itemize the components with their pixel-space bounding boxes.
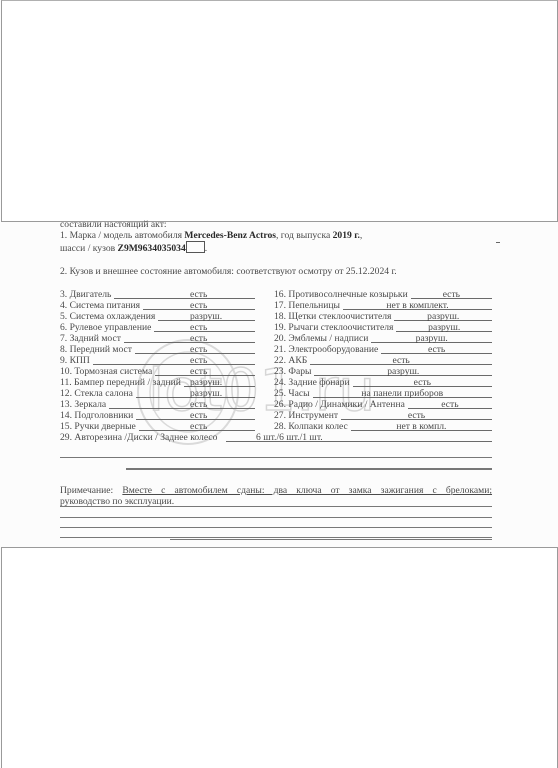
item-label: 19. Рычаги стеклоочистителя — [274, 322, 393, 334]
checklist-item: 21. Электрооборудованиеесть — [274, 344, 492, 355]
item-label: 27. Инструмент — [274, 410, 338, 422]
item-label: 10. Тормозная система — [60, 366, 152, 378]
item-value: нет в компл. — [396, 421, 446, 433]
checklist-item: 9. КППесть — [60, 355, 255, 366]
item-29-tires: 29. Авторезина /Диски / Заднее колесо 6 … — [60, 432, 492, 443]
checklist-item: 10. Тормозная системаесть — [60, 366, 255, 377]
item-value: есть — [441, 399, 458, 411]
item-label: 25. Часы — [274, 388, 310, 400]
item-value: есть — [414, 377, 431, 389]
item-value: есть — [190, 322, 207, 334]
item-value: есть — [408, 410, 425, 422]
vehicle-year: 2019 г. — [333, 230, 360, 241]
item-label: 11. Бампер передний / задний — [60, 377, 181, 389]
blank-line — [170, 539, 492, 540]
item-label: 20. Эмблемы / надписи — [274, 333, 368, 345]
vehicle-model: Mercedes-Benz Actros — [184, 230, 276, 241]
checklist-item: 18. Щетки стеклоочистителяразруш. — [274, 311, 492, 322]
checklist-item: 5. Система охлажденияразруш. — [60, 311, 255, 322]
checklist-item: 7. Задний мостесть — [60, 333, 255, 344]
checklist-item: 16. Противосолнечные козырькиесть — [274, 289, 492, 300]
checklist-item: 12. Стекла салонаразруш. — [60, 388, 255, 399]
item-value: есть — [190, 399, 207, 411]
item-value: есть — [190, 355, 207, 367]
item-label: 26. Радио / Динамики / Антенна — [274, 399, 405, 411]
item-value: есть — [190, 366, 207, 378]
item-value: разруш. — [427, 311, 459, 323]
checklist-item: 20. Эмблемы / надписиразруш. — [274, 333, 492, 344]
checklist-item: 13. Зеркалаесть — [60, 399, 255, 410]
checklist-item: 19. Рычаги стеклоочистителяразруш. — [274, 322, 492, 333]
item-label: 23. Фары — [274, 366, 311, 378]
checklist-item: 15. Ручки дверныеесть — [60, 421, 255, 432]
redacted-bottom-area — [1, 547, 558, 768]
item-label: 4. Система питания — [60, 300, 140, 312]
checklist-item: 24. Задние фонариесть — [274, 377, 492, 388]
item-value: разруш. — [387, 366, 419, 378]
item-label: 21. Электрооборудование — [274, 344, 378, 356]
item-value: есть — [392, 355, 409, 367]
checklist-item: 23. Фарыразруш. — [274, 366, 492, 377]
item-label: 24. Задние фонари — [274, 377, 350, 389]
checklist-item: 3. Двигательесть — [60, 289, 255, 300]
blank-line — [126, 468, 492, 470]
blank-line — [60, 506, 492, 507]
item-value: есть — [190, 421, 207, 433]
item-value: есть — [190, 333, 207, 345]
note-label: Примечание: — [60, 485, 113, 496]
item-label: 28. Колпаки колес — [274, 421, 348, 433]
item-1-chassis: шасси / кузов Z9M9634035034. — [60, 241, 207, 255]
blank-line — [60, 517, 492, 518]
item-value: на панели приборов — [361, 388, 443, 400]
item-value: разруш. — [190, 377, 222, 389]
checklist-item: 8. Передний мостесть — [60, 344, 255, 355]
item-label: 18. Щетки стеклоочистителя — [274, 311, 391, 323]
item-value: есть — [190, 344, 207, 356]
item-value: нет в комплект. — [386, 300, 448, 312]
checklist-item: 14. Подголовникиесть — [60, 410, 255, 421]
item-value: разруш. — [190, 388, 222, 400]
item-2-body-condition: 2. Кузов и внешнее состояние автомобиля:… — [60, 266, 397, 278]
redacted-top-area — [1, 0, 558, 222]
note-line-1: Примечание: Вместе с автомобилем сданы: … — [60, 485, 492, 497]
note-text: Вместе с автомобилем сданы: два ключа от… — [122, 485, 492, 496]
blank-line — [60, 527, 492, 528]
item-label: 12. Стекла салона — [60, 388, 133, 400]
checklist-item: 4. Система питанияесть — [60, 300, 255, 311]
checklist-item: 28. Колпаки колеснет в компл. — [274, 421, 492, 432]
chassis-number: Z9M9634035034 — [118, 243, 186, 254]
checklist-item: 11. Бампер передний / заднийразруш. — [60, 377, 255, 388]
checklist-item: 26. Радио / Динамики / Антеннаесть — [274, 399, 492, 410]
item-value: разруш. — [416, 333, 448, 345]
item-label: 9. КПП — [60, 355, 90, 367]
item-label: 14. Подголовники — [60, 410, 133, 422]
item-value: есть — [190, 289, 207, 301]
item-label: 5. Система охлаждения — [60, 311, 155, 323]
checklist-item: 27. Инструментесть — [274, 410, 492, 421]
item-29-value: 6 шт./6 шт./1 шт. — [256, 432, 323, 444]
checklist-item: 6. Рулевое управлениеесть — [60, 322, 255, 333]
item-label: 8. Передний мост — [60, 344, 132, 356]
item-value: есть — [428, 344, 445, 356]
item-label: 16. Противосолнечные козырьки — [274, 289, 408, 301]
item-label: 3. Двигатель — [60, 289, 111, 301]
chassis-blank-box — [186, 241, 205, 253]
item-label: 13. Зеркала — [60, 399, 106, 411]
checklist-item: 17. Пепельницынет в комплект. — [274, 300, 492, 311]
item-label: 6. Рулевое управление — [60, 322, 151, 334]
item-label: 22. АКБ — [274, 355, 307, 367]
blank-line — [60, 457, 492, 458]
item-value: есть — [190, 300, 207, 312]
item-value: есть — [190, 410, 207, 422]
intro-text: составили настоящий акт: — [60, 219, 167, 231]
item-1-vehicle: 1. Марка / модель автомобиля Mercedes-Be… — [60, 230, 362, 242]
item-label: 7. Задний мост — [60, 333, 121, 345]
checklist-item: 22. АКБесть — [274, 355, 492, 366]
item-value: разруш. — [428, 322, 460, 334]
checklist-item: 25. Часына панели приборов — [274, 388, 492, 399]
item-value: есть — [443, 289, 460, 301]
item-label: 15. Ручки дверные — [60, 421, 136, 433]
item-label: 17. Пепельницы — [274, 300, 340, 312]
item-value: разруш. — [190, 311, 222, 323]
margin-mark — [496, 242, 500, 243]
blank-line — [60, 537, 492, 538]
